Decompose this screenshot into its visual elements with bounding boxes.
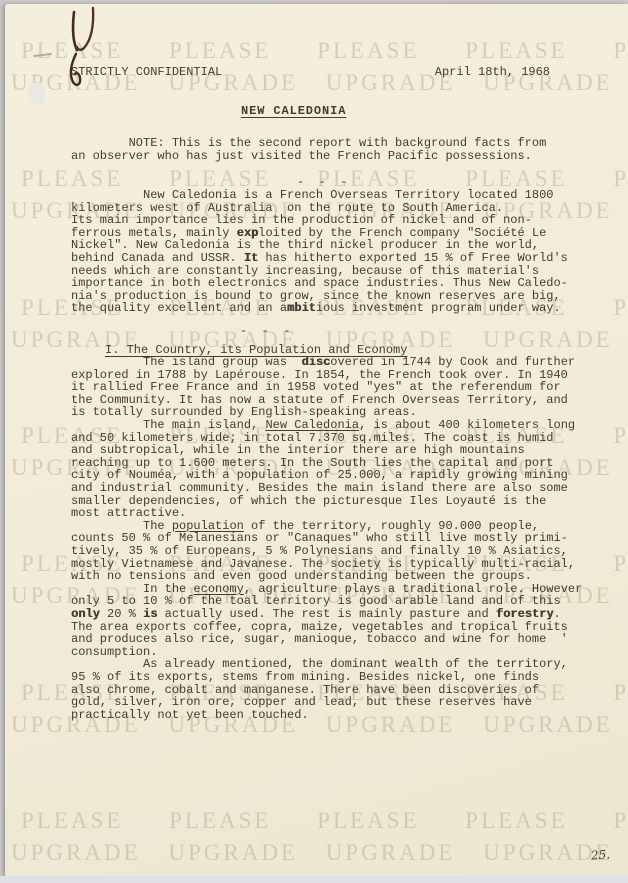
intro-paragraph: New Caledonia is a French Overseas Terri… <box>71 189 628 315</box>
document-header: STRICTLY CONFIDENTIAL April 18th, 1968 <box>71 66 550 79</box>
paper-fastener-icon <box>60 4 100 99</box>
watermark-text: UPGRADE UPGRADE UPGRADE UPGRADE UPGRADE <box>11 840 628 866</box>
typewritten-content: STRICTLY CONFIDENTIAL April 18th, 1968 N… <box>5 4 628 721</box>
document-page: PLEASE PLEASE PLEASE PLEASE PLEASEUPGRAD… <box>5 4 628 876</box>
handwritten-page-number: 25. <box>590 847 610 862</box>
scanner-edge <box>0 876 628 883</box>
date-label: April 18th, 1968 <box>435 66 550 79</box>
section-1-paragraph-population: The population of the territory, roughly… <box>71 520 628 583</box>
watermark-text: PLEASE PLEASE PLEASE PLEASE PLEASE <box>21 808 628 834</box>
section-1-paragraph-discovery: The island group was discovered in 1744 … <box>71 356 628 419</box>
section-separator: - - - <box>240 325 628 338</box>
section-1-paragraph-economy: In the economy, agriculture plays a trad… <box>71 583 628 659</box>
section-1-paragraph-geography: The main island, New Caledonia, is about… <box>71 419 628 520</box>
section-1-paragraph-mining: As already mentioned, the dominant wealt… <box>71 658 628 721</box>
document-title: NEW CALEDONIA <box>241 105 346 118</box>
correction-spot <box>29 82 44 104</box>
note-paragraph: NOTE: This is the second report with bac… <box>71 137 628 162</box>
